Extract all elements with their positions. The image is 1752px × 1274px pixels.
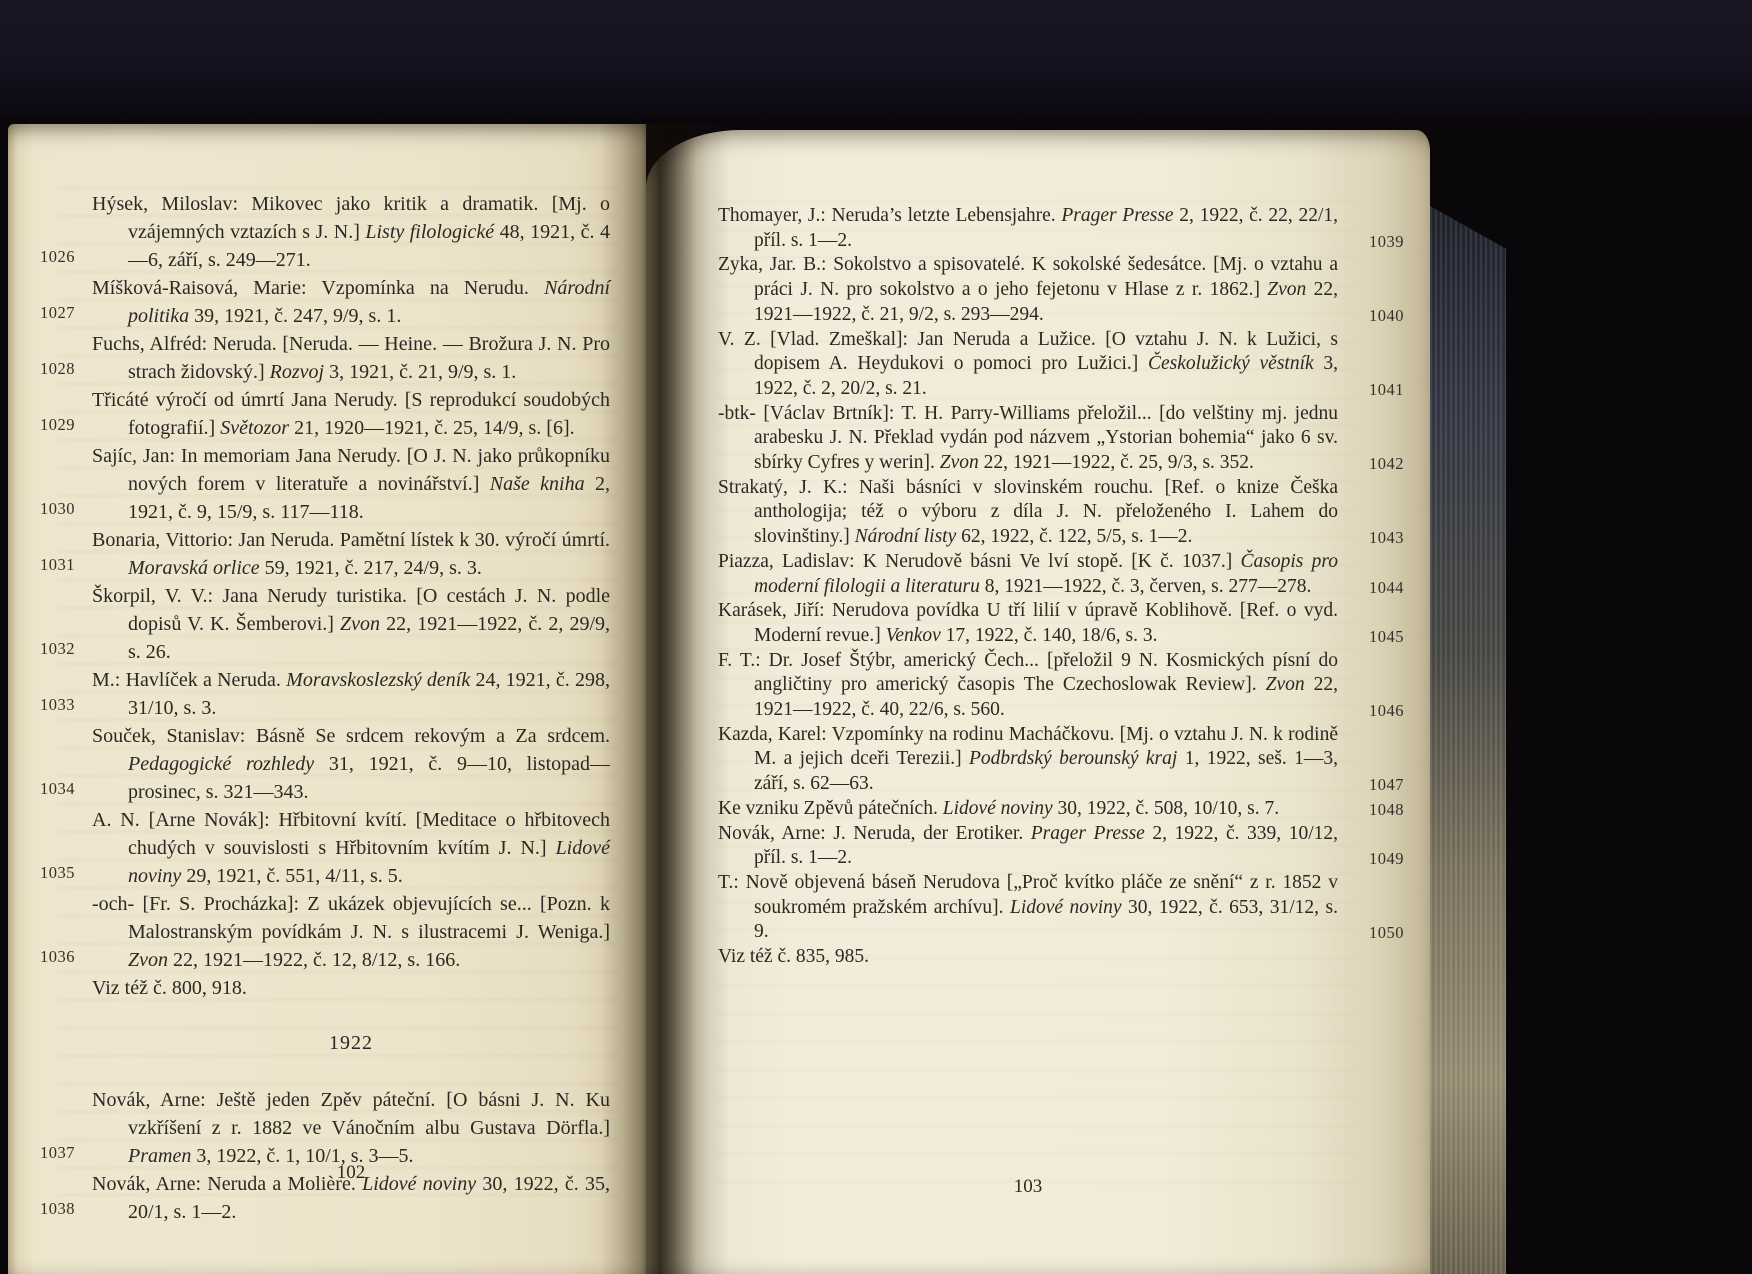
entry-text-segment: Ke vzniku Zpěvů pátečních.	[718, 798, 943, 819]
entry-text: -btk- [Václav Brtník]: T. H. Parry-Willi…	[718, 403, 1338, 473]
bibliography-entry: 1049Novák, Arne: J. Neruda, der Erotiker…	[718, 822, 1338, 871]
entry-text: A. N. [Arne Novák]: Hřbitovní kvítí. [Me…	[92, 809, 610, 887]
left-page: 1026Hýsek, Miloslav: Mikovec jako kritik…	[8, 124, 646, 1274]
entry-text-segment: Míšková-Raisová, Marie: Vzpomínka na Ner…	[92, 277, 544, 299]
journal-title: Pedagogické rozhledy	[128, 753, 314, 775]
bibliography-entry: 1041V. Z. [Vlad. Zmeškal]: Jan Neruda a …	[718, 328, 1338, 402]
entry-text: Piazza, Ladislav: K Nerudově básni Ve lv…	[718, 551, 1338, 597]
entry-text: T.: Nově objevená báseň Nerudova [„Proč …	[718, 872, 1338, 942]
entry-number: 1046	[1369, 699, 1404, 724]
entry-text-segment: 22, 1921—1922, č. 12, 8/12, s. 166.	[168, 949, 460, 971]
journal-title: Lidové noviny	[1010, 897, 1122, 918]
bibliography-entry: 1043Strakatý, J. K.: Naši básníci v slov…	[718, 476, 1338, 550]
page-number-right: 103	[718, 1176, 1338, 1198]
cross-reference-note: Viz též č. 835, 985.	[718, 945, 1338, 970]
journal-title: Zvon	[128, 949, 168, 971]
entry-number: 1049	[1369, 847, 1404, 872]
entry-text: Kazda, Karel: Vzpomínky na rodinu Macháč…	[718, 724, 1338, 794]
book-scan: { "colors": { "background": "#0a070b", "…	[0, 0, 1752, 1274]
entry-number: 1030	[40, 495, 75, 523]
entry-number: 1035	[40, 859, 75, 887]
entry-text: Strakatý, J. K.: Naši básníci v slovinsk…	[718, 477, 1338, 547]
bibliography-entry: 1047Kazda, Karel: Vzpomínky na rodinu Ma…	[718, 723, 1338, 797]
entry-text-segment: 22, 1921—1922, č. 25, 9/3, s. 352.	[979, 452, 1254, 473]
entry-text-segment: -och- [Fr. S. Procházka]: Z ukázek objev…	[92, 893, 610, 943]
journal-title: Zvon	[1267, 279, 1306, 300]
bibliography-entry: 1033M.: Havlíček a Neruda. Moravskoslezs…	[92, 666, 610, 722]
entry-number: 1034	[40, 775, 75, 803]
bibliography-entry: 1045Karásek, Jiří: Nerudova povídka U tř…	[718, 599, 1338, 648]
bibliography-entry: 1046F. T.: Dr. Josef Štýbr, americký Čec…	[718, 649, 1338, 723]
entry-text-segment: Thomayer, J.: Neruda’s letzte Lebensjahr…	[718, 205, 1061, 226]
journal-title: Světozor	[220, 417, 289, 439]
entry-number: 1038	[40, 1195, 75, 1223]
journal-title: Moravskoslezský deník	[286, 669, 470, 691]
entry-number: 1041	[1369, 378, 1404, 403]
bibliography-entry: 1048Ke vzniku Zpěvů pátečních. Lidové no…	[718, 797, 1338, 822]
entry-text-segment: 3, 1921, č. 21, 9/9, s. 1.	[324, 361, 516, 383]
entry-text-segment: Piazza, Ladislav: K Nerudově básni Ve lv…	[718, 551, 1241, 572]
entry-text: Sajíc, Jan: In memoriam Jana Nerudy. [O …	[92, 445, 610, 523]
entry-number: 1043	[1369, 526, 1404, 551]
bibliography-entry: 1036-och- [Fr. S. Procházka]: Z ukázek o…	[92, 890, 610, 974]
entry-number: 1028	[40, 355, 75, 383]
journal-title: Moravská orlice	[128, 557, 260, 579]
bibliography-entry: 1037Novák, Arne: Ještě jeden Zpěv pátečn…	[92, 1086, 610, 1170]
entry-text: Škorpil, V. V.: Jana Nerudy turistika. […	[92, 585, 610, 663]
entry-text: -och- [Fr. S. Procházka]: Z ukázek objev…	[92, 893, 610, 971]
entry-text-segment: F. T.: Dr. Josef Štýbr, americký Čech...…	[718, 650, 1338, 696]
entry-text-segment: 59, 1921, č. 217, 24/9, s. 3.	[260, 557, 482, 579]
journal-title: Listy filologické	[365, 221, 494, 243]
entry-text: Ke vzniku Zpěvů pátečních. Lidové noviny…	[718, 798, 1279, 819]
left-page-text-column: 1026Hýsek, Miloslav: Mikovec jako kritik…	[92, 190, 610, 1226]
journal-title: Venkov	[886, 625, 941, 646]
entry-text-segment: 39, 1921, č. 247, 9/9, s. 1.	[189, 305, 401, 327]
entry-number: 1039	[1369, 230, 1404, 255]
bibliography-entry: 1026Hýsek, Miloslav: Mikovec jako kritik…	[92, 190, 610, 274]
entry-number: 1045	[1369, 625, 1404, 650]
journal-title: Lidové noviny	[943, 798, 1053, 819]
entry-text: Hýsek, Miloslav: Mikovec jako kritik a d…	[92, 193, 610, 271]
entry-text: Viz též č. 835, 985.	[718, 946, 869, 967]
bibliography-entry: 1035A. N. [Arne Novák]: Hřbitovní kvítí.…	[92, 806, 610, 890]
entry-text-segment: M.: Havlíček a Neruda.	[92, 669, 286, 691]
entry-text-segment: A. N. [Arne Novák]: Hřbitovní kvítí. [Me…	[92, 809, 610, 859]
bibliography-entry: 1044Piazza, Ladislav: K Nerudově básni V…	[718, 550, 1338, 599]
page-number-left: 102	[92, 1162, 610, 1184]
entry-number: 1044	[1369, 576, 1404, 601]
entry-text: Souček, Stanislav: Básně Se srdcem rekov…	[92, 725, 610, 803]
bibliography-entry: 1040Zyka, Jar. B.: Sokolstvo a spisovate…	[718, 253, 1338, 327]
journal-title: Národní listy	[855, 526, 957, 547]
entry-text: Thomayer, J.: Neruda’s letzte Lebensjahr…	[718, 205, 1338, 251]
bibliography-entry: 1028Fuchs, Alfréd: Neruda. [Neruda. — He…	[92, 330, 610, 386]
entry-text: Novák, Arne: J. Neruda, der Erotiker. Pr…	[718, 823, 1338, 869]
bibliography-entry: 1039Thomayer, J.: Neruda’s letzte Lebens…	[718, 204, 1338, 253]
entry-text: Třicáté výročí od úmrtí Jana Nerudy. [S …	[92, 389, 610, 439]
entry-number: 1037	[40, 1139, 75, 1167]
entry-text-segment: 17, 1922, č. 140, 18/6, s. 3.	[941, 625, 1158, 646]
entry-text-segment: Bonaria, Vittorio: Jan Neruda. Pamětní l…	[92, 529, 610, 551]
bibliography-entry: 1030Sajíc, Jan: In memoriam Jana Nerudy.…	[92, 442, 610, 526]
journal-title: Zvon	[940, 452, 979, 473]
entry-number: 1033	[40, 691, 75, 719]
entry-text-segment: 21, 1920—1921, č. 25, 14/9, s. [6].	[289, 417, 575, 439]
entry-text: V. Z. [Vlad. Zmeškal]: Jan Neruda a Luži…	[718, 329, 1338, 399]
entry-text-segment: Zyka, Jar. B.: Sokolstvo a spisovatelé. …	[718, 254, 1338, 300]
entry-number: 1048	[1369, 798, 1404, 823]
entry-number: 1036	[40, 943, 75, 971]
entry-text-segment: 62, 1922, č. 122, 5/5, s. 1—2.	[956, 526, 1192, 547]
journal-title: Rozvoj	[270, 361, 324, 383]
entry-text: Zyka, Jar. B.: Sokolstvo a spisovatelé. …	[718, 254, 1338, 324]
entry-text-segment: Novák, Arne: J. Neruda, der Erotiker.	[718, 823, 1031, 844]
entry-text: Viz též č. 800, 918.	[92, 977, 247, 999]
journal-title: Prager Presse	[1031, 823, 1145, 844]
entry-text: Míšková-Raisová, Marie: Vzpomínka na Ner…	[92, 277, 610, 327]
bibliography-entry: 1034Souček, Stanislav: Básně Se srdcem r…	[92, 722, 610, 806]
journal-title: Naše kniha	[490, 473, 585, 495]
entry-text: Fuchs, Alfréd: Neruda. [Neruda. — Heine.…	[92, 333, 610, 383]
entry-number: 1050	[1369, 921, 1404, 946]
entry-number: 1027	[40, 299, 75, 327]
journal-title: Prager Presse	[1061, 205, 1173, 226]
entry-text-segment: Souček, Stanislav: Básně Se srdcem rekov…	[92, 725, 610, 747]
entry-text: Bonaria, Vittorio: Jan Neruda. Pamětní l…	[92, 529, 610, 579]
entry-number: 1047	[1369, 773, 1404, 798]
entry-text: M.: Havlíček a Neruda. Moravskoslezský d…	[92, 669, 610, 719]
bibliography-entry: 1032Škorpil, V. V.: Jana Nerudy turistik…	[92, 582, 610, 666]
entry-number: 1042	[1369, 452, 1404, 477]
entry-text: F. T.: Dr. Josef Štýbr, americký Čech...…	[718, 650, 1338, 720]
entry-text-segment: 8, 1921—1922, č. 3, červen, s. 277—278.	[980, 576, 1311, 597]
journal-title: Zvon	[1266, 674, 1305, 695]
right-page-text-column: 1039Thomayer, J.: Neruda’s letzte Lebens…	[718, 204, 1338, 970]
bibliography-entry: 1027Míšková-Raisová, Marie: Vzpomínka na…	[92, 274, 610, 330]
book-page-edges	[1430, 206, 1506, 1274]
bibliography-entry: 1042-btk- [Václav Brtník]: T. H. Parry-W…	[718, 402, 1338, 476]
bibliography-entry: 1031Bonaria, Vittorio: Jan Neruda. Pamět…	[92, 526, 610, 582]
entry-number: 1040	[1369, 304, 1404, 329]
entry-text-segment: Viz též č. 835, 985.	[718, 946, 869, 967]
entry-text: Novák, Arne: Ještě jeden Zpěv páteční. […	[92, 1089, 610, 1167]
cross-reference-note: Viz též č. 800, 918.	[92, 974, 610, 1002]
bibliography-entry: 1029Třicáté výročí od úmrtí Jana Nerudy.…	[92, 386, 610, 442]
journal-title: Zvon	[340, 613, 380, 635]
entry-number: 1031	[40, 551, 75, 579]
year-heading: 1922	[92, 1029, 610, 1057]
entry-text: Karásek, Jiří: Nerudova povídka U tří li…	[718, 600, 1338, 646]
bibliography-entry: 1050T.: Nově objevená báseň Nerudova [„P…	[718, 871, 1338, 945]
entry-text-segment: Novák, Arne: Ještě jeden Zpěv páteční. […	[92, 1089, 610, 1139]
entry-text-segment: Viz též č. 800, 918.	[92, 977, 247, 999]
entry-number: 1029	[40, 411, 75, 439]
entry-text-segment: 30, 1922, č. 508, 10/10, s. 7.	[1053, 798, 1279, 819]
journal-title: Podbrdský berounský kraj	[969, 748, 1177, 769]
entry-number: 1026	[40, 243, 75, 271]
entry-number: 1032	[40, 635, 75, 663]
entry-text-segment: 29, 1921, č. 551, 4/11, s. 5.	[181, 865, 402, 887]
right-page: 1039Thomayer, J.: Neruda’s letzte Lebens…	[646, 130, 1430, 1274]
journal-title: Českolužický věstník	[1148, 353, 1314, 374]
